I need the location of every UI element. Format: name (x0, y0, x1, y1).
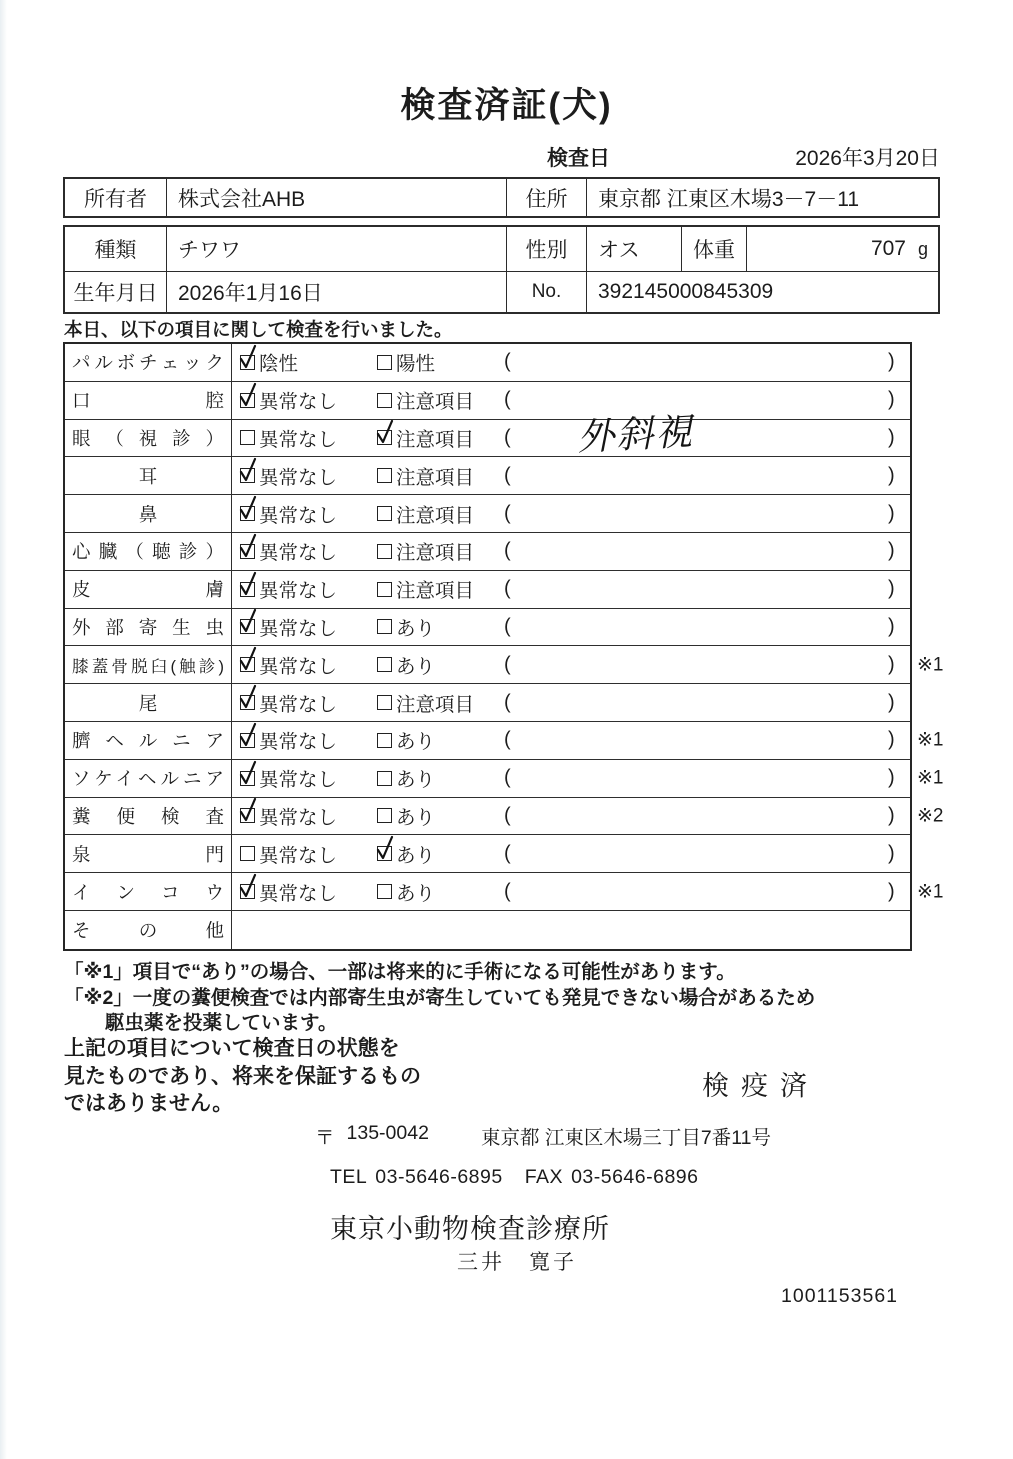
veterinarian-name: 三井 寛子 (457, 1246, 577, 1276)
checkbox (377, 430, 392, 445)
item-label: 心臓（聴診） (65, 533, 232, 570)
checkbox (240, 430, 255, 445)
option-1: 異常なし (240, 575, 337, 603)
checkbox (377, 808, 392, 823)
checkbox (240, 544, 255, 559)
checkbox (377, 846, 392, 861)
remark-marker: ※2 (917, 804, 944, 827)
owner-label: 所有者 (65, 179, 167, 216)
paren-open: ( (504, 691, 511, 714)
clinic-name: 東京小動物検査診療所 (330, 1207, 610, 1246)
checkbox (377, 771, 392, 786)
paren-close: ) (888, 729, 895, 752)
item-label: 口腔 (65, 382, 232, 419)
paren-close: ) (888, 502, 895, 525)
table-row: 糞便検査 異常なし あり ( ) ※2 (65, 798, 910, 836)
footnote-1: 「※1」項目で“あり”の場合、一部は将来的に手術になる可能性があります。 (64, 956, 736, 984)
table-row: ソケイヘルニア 異常なし あり ( ) ※1 (65, 760, 910, 798)
option-2: あり (377, 613, 435, 641)
option-1: 異常なし (240, 651, 337, 679)
sex-value: オス (587, 227, 682, 271)
checkbox (240, 468, 255, 483)
paren-open: ( (504, 804, 511, 827)
paren-close: ) (888, 578, 895, 601)
document-serial-number: 1001153561 (781, 1285, 898, 1308)
item-label: 泉門 (65, 835, 232, 872)
item-label: 外部寄生虫 (65, 609, 232, 646)
paren-open: ( (504, 578, 511, 601)
option-2: あり (377, 726, 435, 754)
handwritten-check-icon (238, 646, 259, 673)
checkbox (377, 695, 392, 710)
handwritten-check-icon (238, 760, 259, 787)
handwritten-check-icon (238, 571, 259, 598)
owner-value: 株式会社AHB (167, 179, 507, 216)
breed-value: チワワ (167, 227, 507, 271)
paren-open: ( (504, 540, 511, 563)
option-1: 陰性 (240, 348, 298, 376)
item-label: 膝蓋骨脱臼(触診) (65, 646, 232, 683)
remark-marker: ※1 (917, 767, 944, 790)
handwritten-check-icon (238, 533, 259, 560)
item-label: 皮膚 (65, 571, 232, 608)
paren-open: ( (504, 880, 511, 903)
paren-open: ( (504, 729, 511, 752)
checkbox (240, 808, 255, 823)
paren-close: ) (888, 615, 895, 638)
item-label: ソケイヘルニア (65, 760, 232, 797)
option-2: 注意項目 (377, 500, 474, 528)
fax-number: 03-5646-6896 (571, 1166, 698, 1189)
option-1: 異常なし (240, 500, 337, 528)
table-row: その他 (65, 911, 910, 949)
number-label: No. (507, 272, 587, 312)
table-row: 膝蓋骨脱臼(触診) 異常なし あり ( ) ※1 (65, 646, 910, 684)
table-row: パルボチェック 陰性 陽性 ( ) (65, 344, 910, 382)
handwritten-check-icon (238, 684, 259, 711)
table-row: 臍ヘルニア 異常なし あり ( ) ※1 (65, 722, 910, 760)
birth-value: 2026年1月16日 (167, 272, 507, 312)
option-1: 異常なし (240, 878, 337, 906)
option-2: 注意項目 (377, 575, 474, 603)
option-1: 異常なし (240, 764, 337, 792)
paren-close: ) (888, 880, 895, 903)
item-label: パルボチェック (65, 344, 232, 381)
option-2: あり (377, 651, 435, 679)
checkbox (240, 695, 255, 710)
weight-value: 707 g (747, 227, 938, 271)
inspection-date-value: 2026年3月20日 (795, 142, 940, 172)
paren-close: ) (888, 653, 895, 676)
item-label: 臍ヘルニア (65, 722, 232, 759)
page-title: 検査済証(犬) (0, 78, 1013, 128)
handwritten-check-icon (375, 835, 396, 862)
paren-open: ( (504, 842, 511, 865)
paren-open: ( (504, 351, 511, 374)
option-1: 異常なし (240, 424, 337, 452)
table-row: 心臓（聴診） 異常なし 注意項目 ( ) (65, 533, 910, 571)
weight-label: 体重 (682, 227, 747, 271)
remark-marker: ※1 (917, 729, 944, 752)
option-1: 異常なし (240, 840, 337, 868)
table-row: 皮膚 異常なし 注意項目 ( ) (65, 571, 910, 609)
footnote-2-continued: 駆虫薬を投薬しています。 (105, 1007, 337, 1035)
paren-close: ) (888, 426, 895, 449)
option-2: 注意項目 (377, 537, 474, 565)
paren-open: ( (504, 615, 511, 638)
option-1: 異常なし (240, 613, 337, 641)
table-row: 眼（視診） 異常なし 注意項目 ( 外斜視 ) (65, 420, 910, 458)
handwritten-check-icon (238, 608, 259, 635)
checkbox (240, 733, 255, 748)
tel-label: TEL (330, 1166, 367, 1189)
handwritten-note: 外斜視 (576, 401, 696, 461)
quarantine-stamp: 検疫済 (702, 1064, 819, 1103)
disclaimer-text: 上記の項目について検査日の状態を 見たものであり、将来を保証するもの ではありま… (64, 1035, 421, 1118)
option-2: あり (377, 802, 435, 830)
owner-table: 所有者 株式会社AHB 住所 東京都 江東区木場3－7－11 (63, 177, 940, 218)
option-1: 異常なし (240, 689, 337, 717)
clinic-postal-address: 〒 135-0042 東京都 江東区木場三丁目7番11号 (315, 1122, 771, 1150)
address-label: 住所 (507, 179, 587, 216)
handwritten-check-icon (238, 797, 259, 824)
option-1: 異常なし (240, 802, 337, 830)
item-label: 尾 (65, 684, 232, 721)
table-row: 耳 異常なし 注意項目 ( ) (65, 457, 910, 495)
checkbox (377, 733, 392, 748)
remark-marker: ※1 (917, 653, 944, 676)
item-label: 鼻 (65, 495, 232, 532)
postal-code: 135-0042 (347, 1122, 429, 1150)
item-label: 耳 (65, 457, 232, 494)
paren-close: ) (888, 842, 895, 865)
option-1: 異常なし (240, 726, 337, 754)
handwritten-check-icon (238, 344, 259, 371)
checkbox (377, 657, 392, 672)
option-2: あり (377, 764, 435, 792)
intro-sentence: 本日、以下の項目に関して検査を行いました。 (64, 316, 453, 342)
remark-marker: ※1 (917, 880, 944, 903)
checkbox (240, 771, 255, 786)
birth-label: 生年月日 (65, 272, 167, 312)
table-row: インコウ 異常なし あり ( ) ※1 (65, 873, 910, 911)
checkbox (240, 506, 255, 521)
checkbox (377, 544, 392, 559)
checkbox (377, 884, 392, 899)
checkbox (377, 582, 392, 597)
option-1: 異常なし (240, 386, 337, 414)
paren-close: ) (888, 464, 895, 487)
sex-label: 性別 (507, 227, 587, 271)
paren-close: ) (888, 804, 895, 827)
paren-close: ) (888, 691, 895, 714)
paren-close: ) (888, 540, 895, 563)
paren-open: ( (504, 653, 511, 676)
checkbox (240, 884, 255, 899)
clinic-tel-fax: TEL 03-5646-6895 FAX 03-5646-6896 (330, 1166, 699, 1189)
checkbox (377, 355, 392, 370)
checkbox (240, 582, 255, 597)
fax-label: FAX (525, 1166, 563, 1189)
paren-open: ( (504, 464, 511, 487)
tel-number: 03-5646-6895 (375, 1166, 502, 1189)
address-value: 東京都 江東区木場3－7－11 (587, 179, 938, 216)
paren-close: ) (888, 351, 895, 374)
checkbox (240, 657, 255, 672)
checkbox (377, 393, 392, 408)
pet-info-table: 種類 チワワ 性別 オス 体重 707 g 生年月日 2026年1月16日 No… (63, 225, 940, 314)
inspection-date-label: 検査日 (547, 142, 610, 172)
weight-number: 707 (871, 237, 906, 261)
certificate-document: 検査済証(犬) 検査日 2026年3月20日 所有者 株式会社AHB 住所 東京… (0, 0, 1013, 1459)
table-row: 口腔 異常なし 注意項目 ( ) (65, 382, 910, 420)
item-label: 糞便検査 (65, 798, 232, 835)
weight-unit: g (918, 239, 928, 260)
number-value: 392145000845309 (587, 272, 938, 312)
footnote-2: 「※2」一度の糞便検査では内部寄生虫が寄生していても発見できない場合があるため (64, 982, 815, 1010)
paren-open: ( (504, 426, 511, 449)
table-row: 泉門 異常なし あり ( ) (65, 835, 910, 873)
checkbox (377, 468, 392, 483)
paren-open: ( (504, 502, 511, 525)
option-2: あり (377, 840, 435, 868)
option-1: 異常なし (240, 537, 337, 565)
table-row: 尾 異常なし 注意項目 ( ) (65, 684, 910, 722)
checkbox (240, 846, 255, 861)
checkbox (240, 393, 255, 408)
table-row: 外部寄生虫 異常なし あり ( ) (65, 609, 910, 647)
handwritten-check-icon (238, 495, 259, 522)
option-2: 注意項目 (377, 386, 474, 414)
breed-label: 種類 (65, 227, 167, 271)
handwritten-check-icon (375, 419, 396, 446)
paren-close: ) (888, 767, 895, 790)
exam-table: パルボチェック 陰性 陽性 ( ) 口腔 異常なし (63, 342, 912, 951)
paren-open: ( (504, 767, 511, 790)
option-2: 注意項目 (377, 424, 474, 452)
option-2: あり (377, 878, 435, 906)
option-1: 異常なし (240, 462, 337, 490)
option-2: 陽性 (377, 348, 435, 376)
paren-close: ) (888, 389, 895, 412)
handwritten-check-icon (238, 382, 259, 409)
checkbox (240, 619, 255, 634)
item-label: インコウ (65, 873, 232, 910)
item-label: その他 (65, 911, 232, 949)
item-label: 眼（視診） (65, 420, 232, 457)
option-2: 注意項目 (377, 462, 474, 490)
option-2: 注意項目 (377, 689, 474, 717)
checkbox (240, 355, 255, 370)
checkbox (377, 506, 392, 521)
postal-mark: 〒 (315, 1122, 335, 1150)
handwritten-check-icon (238, 722, 259, 749)
handwritten-check-icon (238, 873, 259, 900)
checkbox (377, 619, 392, 634)
clinic-address: 東京都 江東区木場三丁目7番11号 (481, 1122, 771, 1150)
table-row: 鼻 異常なし 注意項目 ( ) (65, 495, 910, 533)
handwritten-check-icon (238, 457, 259, 484)
paren-open: ( (504, 389, 511, 412)
